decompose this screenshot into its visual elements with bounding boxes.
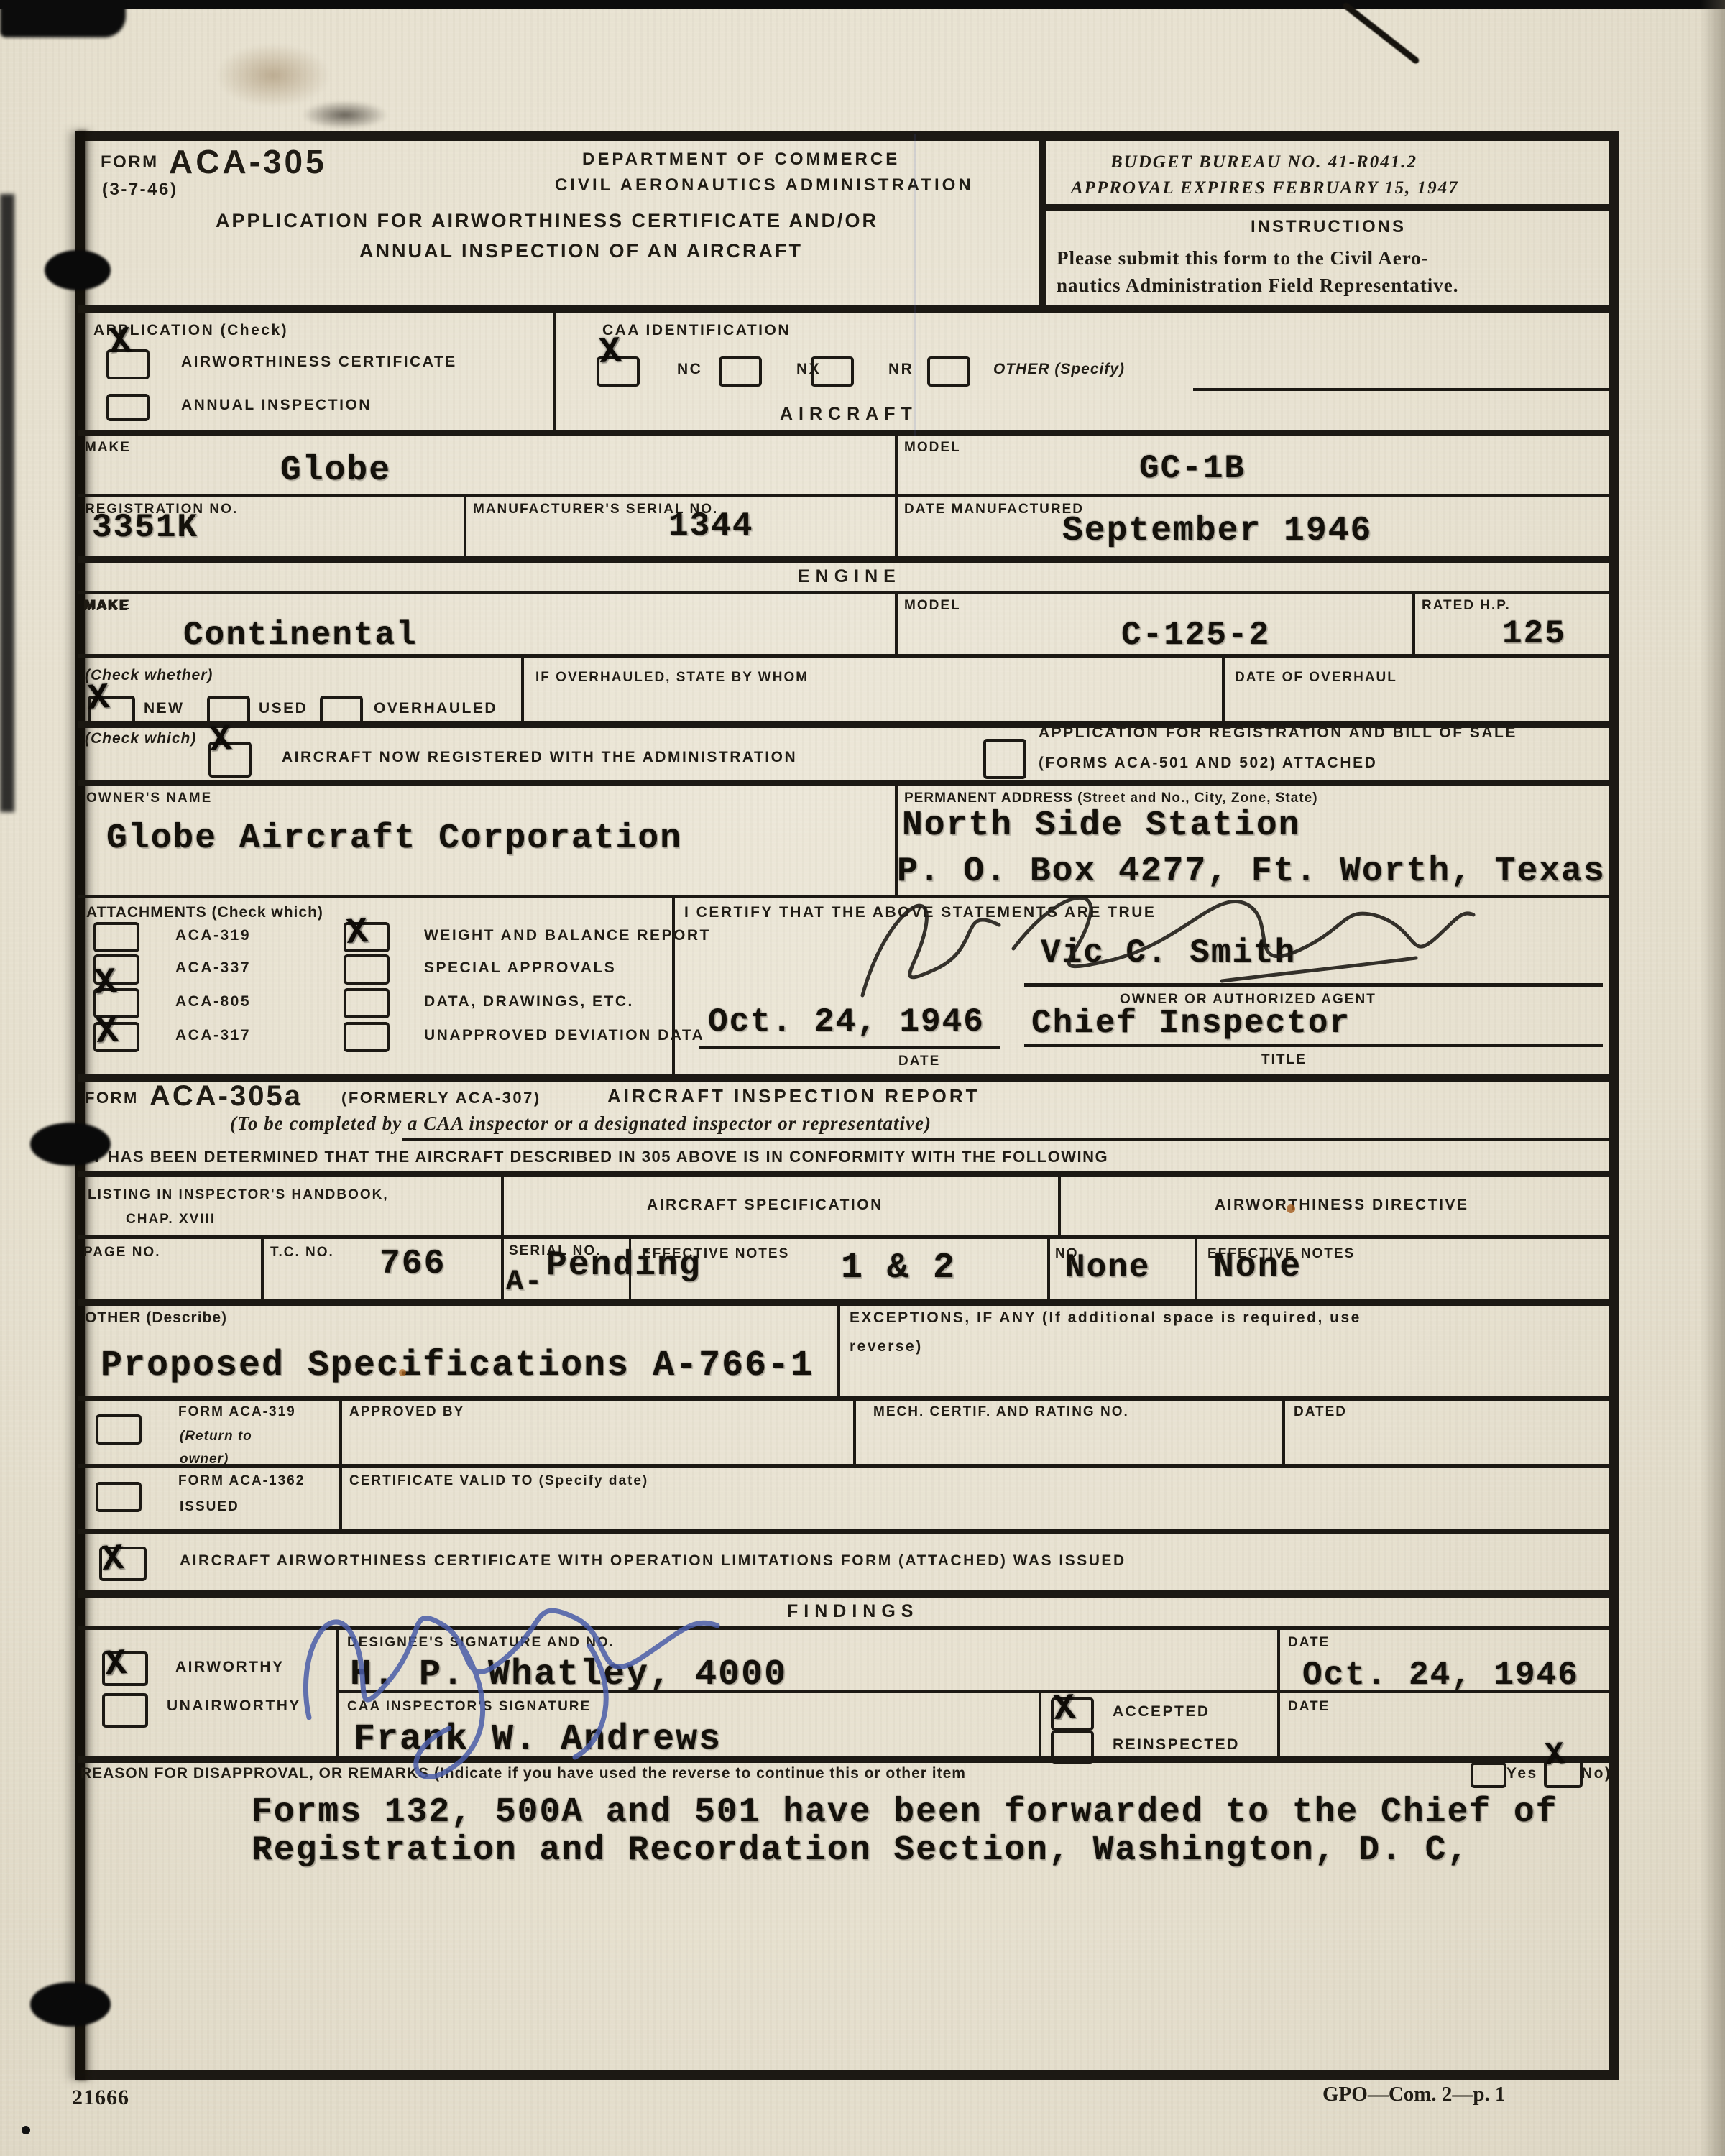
form-word: FORM [101,152,159,172]
blue-fiber-line [914,134,916,436]
border-left-smear [69,131,91,2080]
registered-label: AIRCRAFT NOW REGISTERED WITH THE ADMINIS… [282,749,797,766]
attachment-aca319-label: ACA-319 [175,927,251,944]
budget-box-left [1039,131,1046,309]
engine-model-divider [895,591,898,654]
accepted-col-divider [1039,1693,1041,1756]
budget-box-divider [1039,204,1619,211]
tc-no-value: 766 [379,1245,446,1284]
remarks-no-label: No) [1581,1765,1612,1782]
305a-form-word: FORM [85,1089,139,1107]
designee-signature-ink [280,1574,798,1782]
dot-bottom-left [22,2126,30,2134]
findings-date-label: DATE [1288,1635,1330,1651]
aircraft-make-value: Globe [280,451,391,490]
attachments-row-bottom [78,1074,1619,1082]
caa-id-label: CAA IDENTIFICATION [602,322,791,339]
owner-name-value: Globe Aircraft Corporation [106,819,682,858]
border-bottom [78,2070,1619,2080]
checkmark-no: X [1544,1737,1565,1774]
inspection-title: AIRCRAFT INSPECTION REPORT [607,1085,980,1107]
checkbox-form-aca319-return [96,1414,142,1445]
checkbox-application-attached [983,739,1026,779]
date-manufactured-label: DATE MANUFACTURED [904,502,1084,517]
checkmark-airworthiness-certificate: X [108,321,132,364]
checkbox-yes [1471,1762,1506,1788]
checkmark-weight-balance: X [345,912,369,954]
listing-spec-divider [501,1177,504,1235]
date-underline [699,1046,1000,1049]
rust-dot-2 [399,1369,406,1376]
engine-section-title: ENGINE [798,566,901,587]
certificate-issued-label: AIRCRAFT AIRWORTHINESS CERTIFICATE WITH … [180,1552,1126,1570]
dept-line2: CIVIL AERONAUTICS ADMINISTRATION [555,175,974,195]
budget-line1: BUDGET BUREAU NO. 41-R041.2 [1110,152,1417,172]
rated-hp-value: 125 [1502,615,1566,653]
effective-notes2-value: None [1213,1248,1302,1286]
make-row-bottom [78,494,1619,497]
form-title-line1: APPLICATION FOR AIRWORTHINESS CERTIFICAT… [216,210,878,232]
aca319-row-bottom [78,1464,1619,1468]
form-revision: (3-7-46) [102,180,178,200]
checkbox-nr [811,356,854,387]
serial-notes-divider [629,1239,631,1299]
engine-new-label: NEW [144,700,185,717]
form-aca1362-line1: FORM ACA-1362 [178,1473,305,1489]
checkbox-data-drawings [344,988,390,1018]
checkmark-certificate-issued: X [101,1539,125,1581]
reinspected-label: REINSPECTED [1113,1736,1240,1754]
inspection-subtitle: (To be completed by a CAA inspector or a… [230,1112,931,1135]
check-which-row-bottom [78,780,1619,786]
checkbox-unairworthy [102,1693,148,1728]
effective-notes-label: EFFECTIVE NOTES [642,1246,789,1262]
checkmark-nc: X [598,331,622,374]
other-exceptions-divider [837,1306,840,1396]
budget-line2: APPROVAL EXPIRES FEBRUARY 15, 1947 [1071,178,1459,198]
remarks-yes-label: Yes [1506,1765,1538,1782]
checkbox-unapproved-deviation [344,1022,390,1052]
caa-nc-label: NC [677,361,702,378]
checkbox-special-approvals [344,954,390,985]
engine-used-label: USED [259,700,308,717]
scan-edge-right [1701,0,1725,2156]
aircraft-header-bottom [78,433,1619,436]
aircraft-make-label: MAKE [85,440,131,456]
make-model-divider [895,433,898,494]
form-aca319-line2: (Return to [180,1429,252,1445]
airworthy-label: AIRWORTHY [175,1659,285,1676]
rust-dot-1 [1287,1204,1295,1213]
serial-date-divider [895,494,898,556]
checkbox-annual-inspection [106,394,149,421]
attachment-aca337-label: ACA-337 [175,959,251,977]
attachment-aca805-label: ACA-805 [175,993,251,1010]
registration-row-bottom [78,556,1619,563]
spec-header: AIRCRAFT SPECIFICATION [647,1197,883,1214]
value-row-bottom [78,1299,1619,1306]
form-aca319-line1: FORM ACA-319 [178,1404,296,1420]
form-title-line2: ANNUAL INSPECTION OF AN AIRCRAFT [359,240,803,262]
aircraft-model-label: MODEL [904,440,961,456]
findings-date-value: Oct. 24, 1946 [1302,1657,1579,1694]
date-label: DATE [898,1054,940,1069]
aca1362-row-bottom [78,1529,1619,1534]
application-option2: ANNUAL INSPECTION [181,397,372,414]
page-no-label: PAGE NO. [83,1245,161,1261]
305a-formerly: (FORMERLY ACA-307) [341,1089,541,1107]
mech-dated-divider [1282,1401,1285,1464]
attachment-data-label: DATA, DRAWINGS, ETC. [424,993,634,1010]
engine-hp-divider [1412,591,1415,654]
directive-no-value: None [1065,1249,1150,1286]
application-caa-divider [553,305,556,431]
pen-mark-top-right [1341,1,1420,65]
border-top [78,131,1619,141]
footer-print-code: 21666 [72,2086,129,2110]
approvedby-mech-divider [853,1401,856,1464]
page-tc-divider [261,1239,264,1299]
attachments-certify-divider [672,898,675,1074]
findings-section-title: FINDINGS [787,1601,919,1622]
exceptions-line2: reverse) [850,1338,923,1355]
dated-label: DATED [1294,1404,1347,1420]
no-notes2-divider [1195,1239,1197,1299]
serial-prefix-value: A- [506,1266,543,1299]
tc-serial-divider [501,1239,504,1299]
footer-gpo: GPO—Com. 2—p. 1 [1322,2083,1506,2106]
hole-punch-top [45,250,111,290]
checkmark-aca805: X [93,962,118,1005]
mech-certif-label: MECH. CERTIF. AND RATING NO. [873,1404,1129,1420]
rated-hp-label: RATED H.P. [1422,598,1511,614]
checkmark-registered: X [208,719,233,762]
caa-nr-label: NR [888,361,914,378]
engine-make-row-bottom [78,654,1619,658]
other-specify-line [1193,388,1610,391]
overhauled-by-divider [521,658,524,721]
overhauled-by-label: IF OVERHAULED, STATE BY WHOM [535,670,809,686]
engine-model-value: C-125-2 [1121,617,1270,654]
directive-header: AIRWORTHINESS DIRECTIVE [1215,1197,1468,1214]
serial-value: 1344 [668,507,753,545]
reg-serial-divider [464,494,466,556]
dept-line1: DEPARTMENT OF COMMERCE [582,149,900,170]
exceptions-line1: EXCEPTIONS, IF ANY (If additional space … [850,1309,1361,1327]
table-header-bottom [78,1235,1619,1239]
border-right [1609,131,1619,2080]
attachments-label: ATTACHMENTS (Check which) [86,904,323,921]
overhaul-date-label: DATE OF OVERHAUL [1235,670,1397,686]
engine-model-label: MODEL [904,598,961,614]
title-label: TITLE [1261,1052,1307,1068]
form-aca1362-line2: ISSUED [180,1499,239,1515]
hole-punch-middle [30,1123,111,1166]
application-attached-line2: (FORMS ACA-501 AND 502) ATTACHED [1039,755,1377,772]
other-row-bottom [78,1396,1619,1401]
application-attached-line1: APPLICATION FOR REGISTRATION AND BILL OF… [1039,724,1517,742]
checkmark-aca317: X [95,1011,119,1054]
scan-edge-top [0,0,1725,9]
attachment-weight-label: WEIGHT AND BALANCE REPORT [424,927,711,944]
instructions-title: INSTRUCTIONS [1251,217,1406,237]
subtitle-underline [402,1138,1619,1141]
instructions-line1: Please submit this form to the Civil Aer… [1057,247,1429,269]
scan-blob-top-left [0,0,126,37]
remarks-line2: Registration and Recordation Section, Wa… [252,1831,1469,1870]
305a-form-number: ACA-305a [149,1080,303,1112]
header-bottom-line [78,305,1619,313]
registration-value: 3351K [92,509,198,546]
determination-underline [78,1171,1619,1177]
stain-top [216,43,331,108]
attachment-aca317-label: ACA-317 [175,1027,251,1044]
owner-name-label: OWNER'S NAME [86,791,212,806]
hole-punch-bottom [30,1982,111,2027]
notes-no-divider [1047,1239,1050,1299]
spec-directive-divider [1058,1177,1061,1235]
effective-notes-value: 1 & 2 [841,1248,956,1289]
other-describe-label: OTHER (Describe) [85,1309,227,1327]
engine-overhauled-label: OVERHAULED [374,700,497,717]
approved-by-label: APPROVED BY [349,1404,464,1420]
overhaul-date-divider [1222,658,1225,721]
checkmark-airworthy: X [103,1644,128,1686]
scanned-form-aca-305: FORM ACA-305 (3-7-46) DEPARTMENT OF COMM… [0,0,1725,2156]
checkbox-form-aca1362 [96,1482,142,1512]
date-manufactured-value: September 1946 [1062,512,1372,550]
checkbox-nx [719,356,762,387]
checkmark-accepted: X [1052,1688,1077,1731]
findings-date2-label: DATE [1288,1699,1330,1715]
caa-other-label: OTHER (Specify) [993,361,1125,378]
aircraft-section-title: AIRCRAFT [780,404,918,425]
check-which-label: (Check which) [85,730,196,747]
owner-signature-ink [819,866,1495,1010]
engine-header-bottom [78,591,1619,594]
accepted-label: ACCEPTED [1113,1703,1210,1720]
attachment-special-label: SPECIAL APPROVALS [424,959,616,977]
tc-no-label: T.C. NO. [270,1245,334,1261]
aircraft-model-value: GC-1B [1139,450,1246,487]
form-number: ACA-305 [169,142,327,181]
checkbox-aca319 [93,922,139,952]
listing-header-line1: LISTING IN INSPECTOR'S HANDBOOK, [88,1187,389,1203]
determination-statement: IT HAS BEEN DETERMINED THAT THE AIRCRAFT… [86,1148,1108,1166]
permanent-address-label: PERMANENT ADDRESS (Street and No., City,… [904,791,1318,806]
smudge-top-border [302,101,388,129]
remarks-line1: Forms 132, 500A and 501 have been forwar… [252,1793,1558,1832]
address-line1: North Side Station [902,806,1300,845]
certificate-valid-label: CERTIFICATE VALID TO (Specify date) [349,1473,648,1489]
checkbox-other [927,356,970,387]
application-option1: AIRWORTHINESS CERTIFICATE [181,354,457,371]
engine-make-value: Continental [183,617,418,654]
listing-header-line2: CHAP. XVIII [126,1212,216,1227]
title-value: Chief Inspector [1031,1005,1351,1042]
other-value: Proposed Specifications A-766-1 [101,1345,814,1386]
title-underline [1024,1044,1603,1047]
attachment-unapproved-label: UNAPPROVED DEVIATION DATA [424,1027,704,1044]
scan-edge-left [0,194,14,812]
instructions-line2: nautics Administration Field Representat… [1057,275,1459,297]
